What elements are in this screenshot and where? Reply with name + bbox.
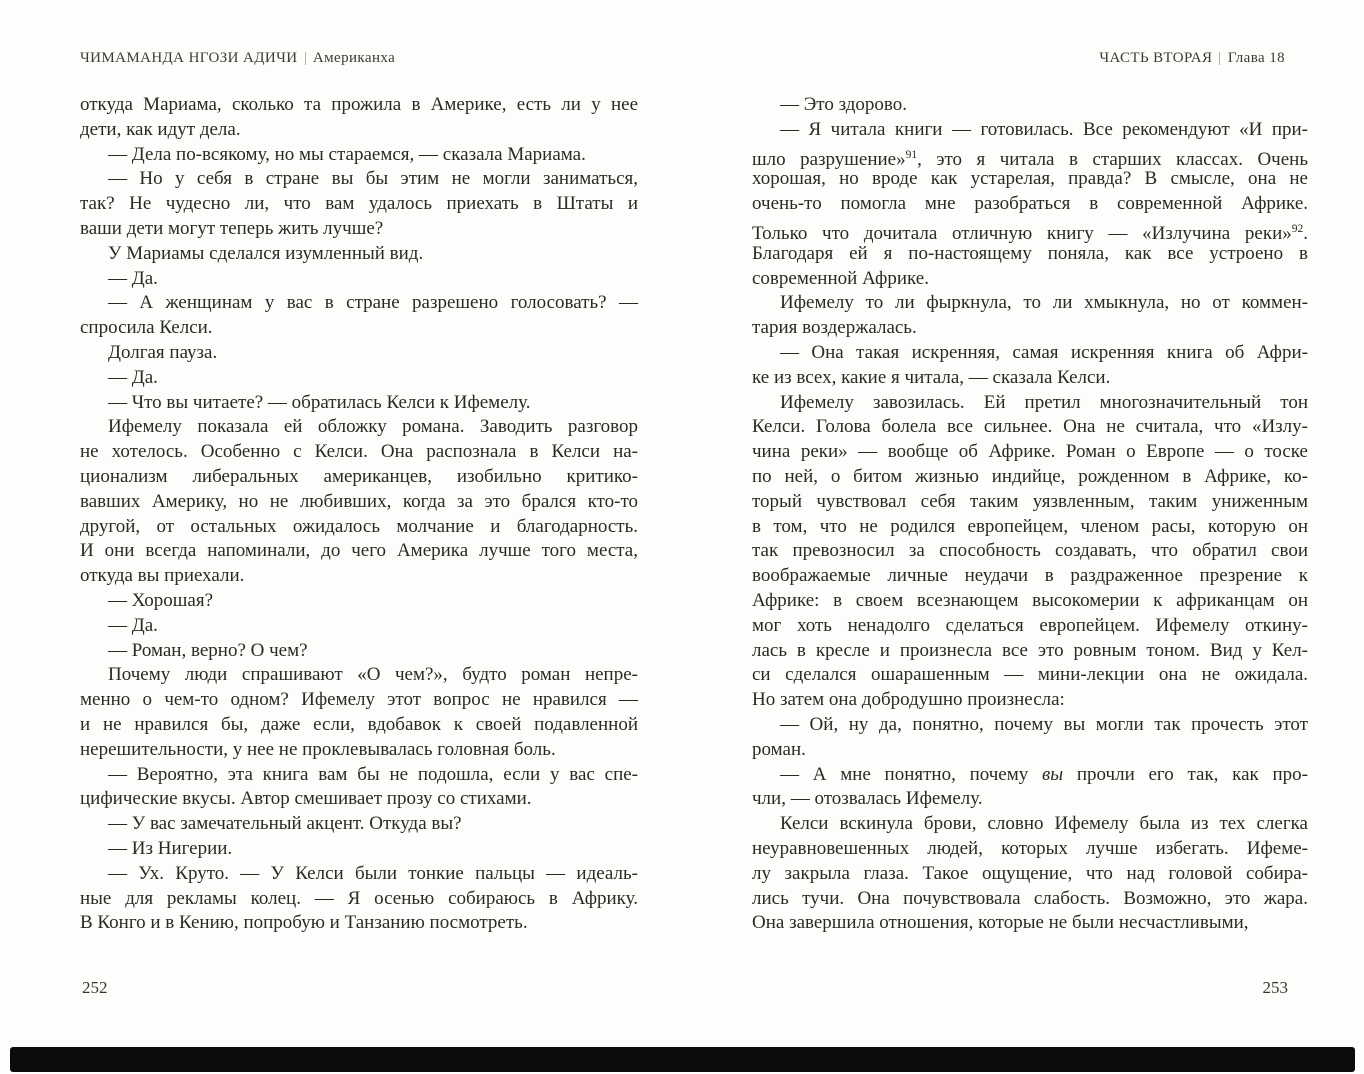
paragraph: Долгая пауза. — [80, 341, 638, 366]
text-line: ке из всех, какие я читала, — сказала Ке… — [752, 366, 1308, 391]
text-line: — Да. — [80, 614, 638, 639]
text-line: — Дела по-всякому, но мы стараемся, — ск… — [80, 143, 638, 168]
text-line: Она завершила отношения, которые не были… — [752, 911, 1308, 936]
paragraph: — Хорошая? — [80, 589, 638, 614]
text-line: Ифемелу то ли фыркнула, то ли хмыкнула, … — [752, 291, 1308, 316]
paragraph: Почему люди спрашивают «О чем?», будто р… — [80, 663, 638, 762]
paragraph: Ифемелу показала ей обложку романа. Заво… — [80, 415, 638, 589]
text-line: — Из Нигерии. — [80, 837, 638, 862]
text-line: дети, как идут дела. — [80, 118, 638, 143]
text-line: цифические вкусы. Автор смешивает прозу … — [80, 787, 638, 812]
text-line: воображаемые личные неудачи в раздраженн… — [752, 564, 1308, 589]
text-line: не хотелось. Особенно с Келси. Она распо… — [80, 440, 638, 465]
paragraph: — Я читала книги — готовилась. Все реком… — [752, 118, 1308, 292]
paragraph: Ифемелу завозилась. Ей претил многозначи… — [752, 391, 1308, 713]
text-line: очень-то помогла мне разобраться в совре… — [752, 192, 1308, 217]
text-line: и не нравился бы, даже если, вдобавок к … — [80, 713, 638, 738]
header-chapter: Глава 18 — [1228, 50, 1285, 66]
text-line: — А женщинам у вас в стране разрешено го… — [80, 291, 638, 316]
text-line: так? Не чудесно ли, что вам удалось прие… — [80, 192, 638, 217]
text-line: В Конго и в Кению, попробую и Танзанию п… — [80, 911, 638, 936]
header-separator: | — [304, 50, 306, 67]
text-line: — Я читала книги — готовилась. Все реком… — [752, 118, 1308, 143]
text-line: Ифемелу показала ей обложку романа. Заво… — [80, 415, 638, 440]
text-line: ные для рекламы колец. — Я осенью собира… — [80, 887, 638, 912]
book-spread: ЧИМАМАНДА НГОЗИ АДИЧИ|Американха ЧАСТЬ В… — [0, 0, 1364, 1074]
text-line: — Да. — [80, 366, 638, 391]
header-book-title: Американха — [313, 50, 395, 66]
text-line: откуда вы приехали. — [80, 564, 638, 589]
text-line: — Это здорово. — [752, 93, 1308, 118]
text-line: менно о чем-то одном? Ифемелу этот вопро… — [80, 688, 638, 713]
text-line: торый чувствовал себя таким уязвленным, … — [752, 490, 1308, 515]
text-line: спросила Келси. — [80, 316, 638, 341]
paragraph: — Дела по-всякому, но мы стараемся, — ск… — [80, 143, 638, 168]
header-author: ЧИМАМАНДА НГОЗИ АДИЧИ — [80, 50, 298, 66]
right-page-number: 253 — [1263, 978, 1289, 998]
left-page-number: 252 — [82, 978, 108, 998]
paragraph: — Что вы читаете? — обратилась Келси к И… — [80, 391, 638, 416]
text-line: нерешительности, у нее не проклевывалась… — [80, 738, 638, 763]
text-line: неуравновешенных людей, которых лучше из… — [752, 837, 1308, 862]
text-line: Но затем она добродушно произнесла: — [752, 688, 1308, 713]
text-line: так превозносил за способность создавать… — [752, 539, 1308, 564]
paragraph: — Вероятно, эта книга вам бы не подошла,… — [80, 763, 638, 813]
text-line: лись тучи. Она почувствовала слабость. В… — [752, 887, 1308, 912]
text-line: — А мне понятно, почему вы прочли его та… — [752, 763, 1308, 788]
left-page-text: откуда Мариама, сколько та прожила в Аме… — [80, 93, 638, 936]
text-line: современной Африке. — [752, 267, 1308, 292]
text-line: — Но у себя в стране вы бы этим не могли… — [80, 167, 638, 192]
text-line: — Ух. Круто. — У Келси были тонкие пальц… — [80, 862, 638, 887]
footnote-marker: 92 — [1292, 223, 1304, 235]
text-line: хорошая, но вроде как устарелая, правда?… — [752, 167, 1308, 192]
text-line: — Что вы читаете? — обратилась Келси к И… — [80, 391, 638, 416]
text-line: — Ой, ну да, понятно, почему вы могли та… — [752, 713, 1308, 738]
text-line: — У вас замечательный акцент. Откуда вы? — [80, 812, 638, 837]
text-line: — Вероятно, эта книга вам бы не подошла,… — [80, 763, 638, 788]
paragraph: — Да. — [80, 366, 638, 391]
text-line: — Роман, верно? О чем? — [80, 639, 638, 664]
right-page-text: — Это здорово.— Я читала книги — готовил… — [752, 93, 1308, 936]
text-line: чина реки» — вообще об Африке. Роман о Е… — [752, 440, 1308, 465]
text-line: ваши дети могут теперь жить лучше? — [80, 217, 638, 242]
text-line: — Да. — [80, 267, 638, 292]
paragraph: — А женщинам у вас в стране разрешено го… — [80, 291, 638, 341]
text-line: вавших Америку, но не любивших, когда за… — [80, 490, 638, 515]
text-line: У Мариамы сделался изумленный вид. — [80, 242, 638, 267]
paragraph: — Роман, верно? О чем? — [80, 639, 638, 664]
text-line: Ифемелу завозилась. Ей претил многозначи… — [752, 391, 1308, 416]
header-separator: | — [1219, 50, 1221, 67]
right-running-header: ЧАСТЬ ВТОРАЯ|Глава 18 — [1099, 50, 1285, 67]
text-line: по ней, о битом жизнью индийце, рожденно… — [752, 465, 1308, 490]
paragraph: — Ух. Круто. — У Келси были тонкие пальц… — [80, 862, 638, 936]
text-line: Благодаря ей я по-настоящему поняла, как… — [752, 242, 1308, 267]
paragraph: — Она такая искренняя, самая искренняя к… — [752, 341, 1308, 391]
scan-bottom-bar — [10, 1047, 1355, 1072]
left-running-header: ЧИМАМАНДА НГОЗИ АДИЧИ|Американха — [80, 50, 395, 67]
paragraph: — У вас замечательный акцент. Откуда вы? — [80, 812, 638, 837]
text-line: Африке: в своем всезнающем высокомерии к… — [752, 589, 1308, 614]
text-line: си сделался ошарашенным — мини-лекции он… — [752, 663, 1308, 688]
text-line: лась в кресле и произнесла все это ровны… — [752, 639, 1308, 664]
text-line: Долгая пауза. — [80, 341, 638, 366]
paragraph: У Мариамы сделался изумленный вид. — [80, 242, 638, 267]
footnote-marker: 91 — [906, 149, 918, 161]
text-line: мог хоть ненадолго сделаться европейцем.… — [752, 614, 1308, 639]
paragraph: Келси вскинула брови, словно Ифемелу был… — [752, 812, 1308, 936]
paragraph: — Ой, ну да, понятно, почему вы могли та… — [752, 713, 1308, 763]
text-line: шло разрушение»91, это я читала в старши… — [752, 143, 1308, 168]
paragraph: откуда Мариама, сколько та прожила в Аме… — [80, 93, 638, 143]
text-line: другой, от остальных ожидалось молчание … — [80, 515, 638, 540]
text-line: в том, что не родился европейцем, членом… — [752, 515, 1308, 540]
text-line: ционализм либеральных американцев, изоби… — [80, 465, 638, 490]
paragraph: — Это здорово. — [752, 93, 1308, 118]
text-line: — Хорошая? — [80, 589, 638, 614]
paragraph: — Но у себя в стране вы бы этим не могли… — [80, 167, 638, 241]
text-line: роман. — [752, 738, 1308, 763]
paragraph: — А мне понятно, почему вы прочли его та… — [752, 763, 1308, 813]
text-line: тария воздержалась. — [752, 316, 1308, 341]
text-line: Только что дочитала отличную книгу — «Из… — [752, 217, 1308, 242]
header-part: ЧАСТЬ ВТОРАЯ — [1099, 50, 1212, 66]
text-line: И они всегда напоминали, до чего Америка… — [80, 539, 638, 564]
text-line: чли, — отозвалась Ифемелу. — [752, 787, 1308, 812]
text-line: — Она такая искренняя, самая искренняя к… — [752, 341, 1308, 366]
paragraph: Ифемелу то ли фыркнула, то ли хмыкнула, … — [752, 291, 1308, 341]
text-line: лу закрыла глаза. Такое ощущение, что на… — [752, 862, 1308, 887]
text-line: Почему люди спрашивают «О чем?», будто р… — [80, 663, 638, 688]
paragraph: — Да. — [80, 614, 638, 639]
paragraph: — Из Нигерии. — [80, 837, 638, 862]
paragraph: — Да. — [80, 267, 638, 292]
text-line: откуда Мариама, сколько та прожила в Аме… — [80, 93, 638, 118]
text-line: Келси вскинула брови, словно Ифемелу был… — [752, 812, 1308, 837]
text-line: Келси. Голова болела все сильнее. Она не… — [752, 415, 1308, 440]
